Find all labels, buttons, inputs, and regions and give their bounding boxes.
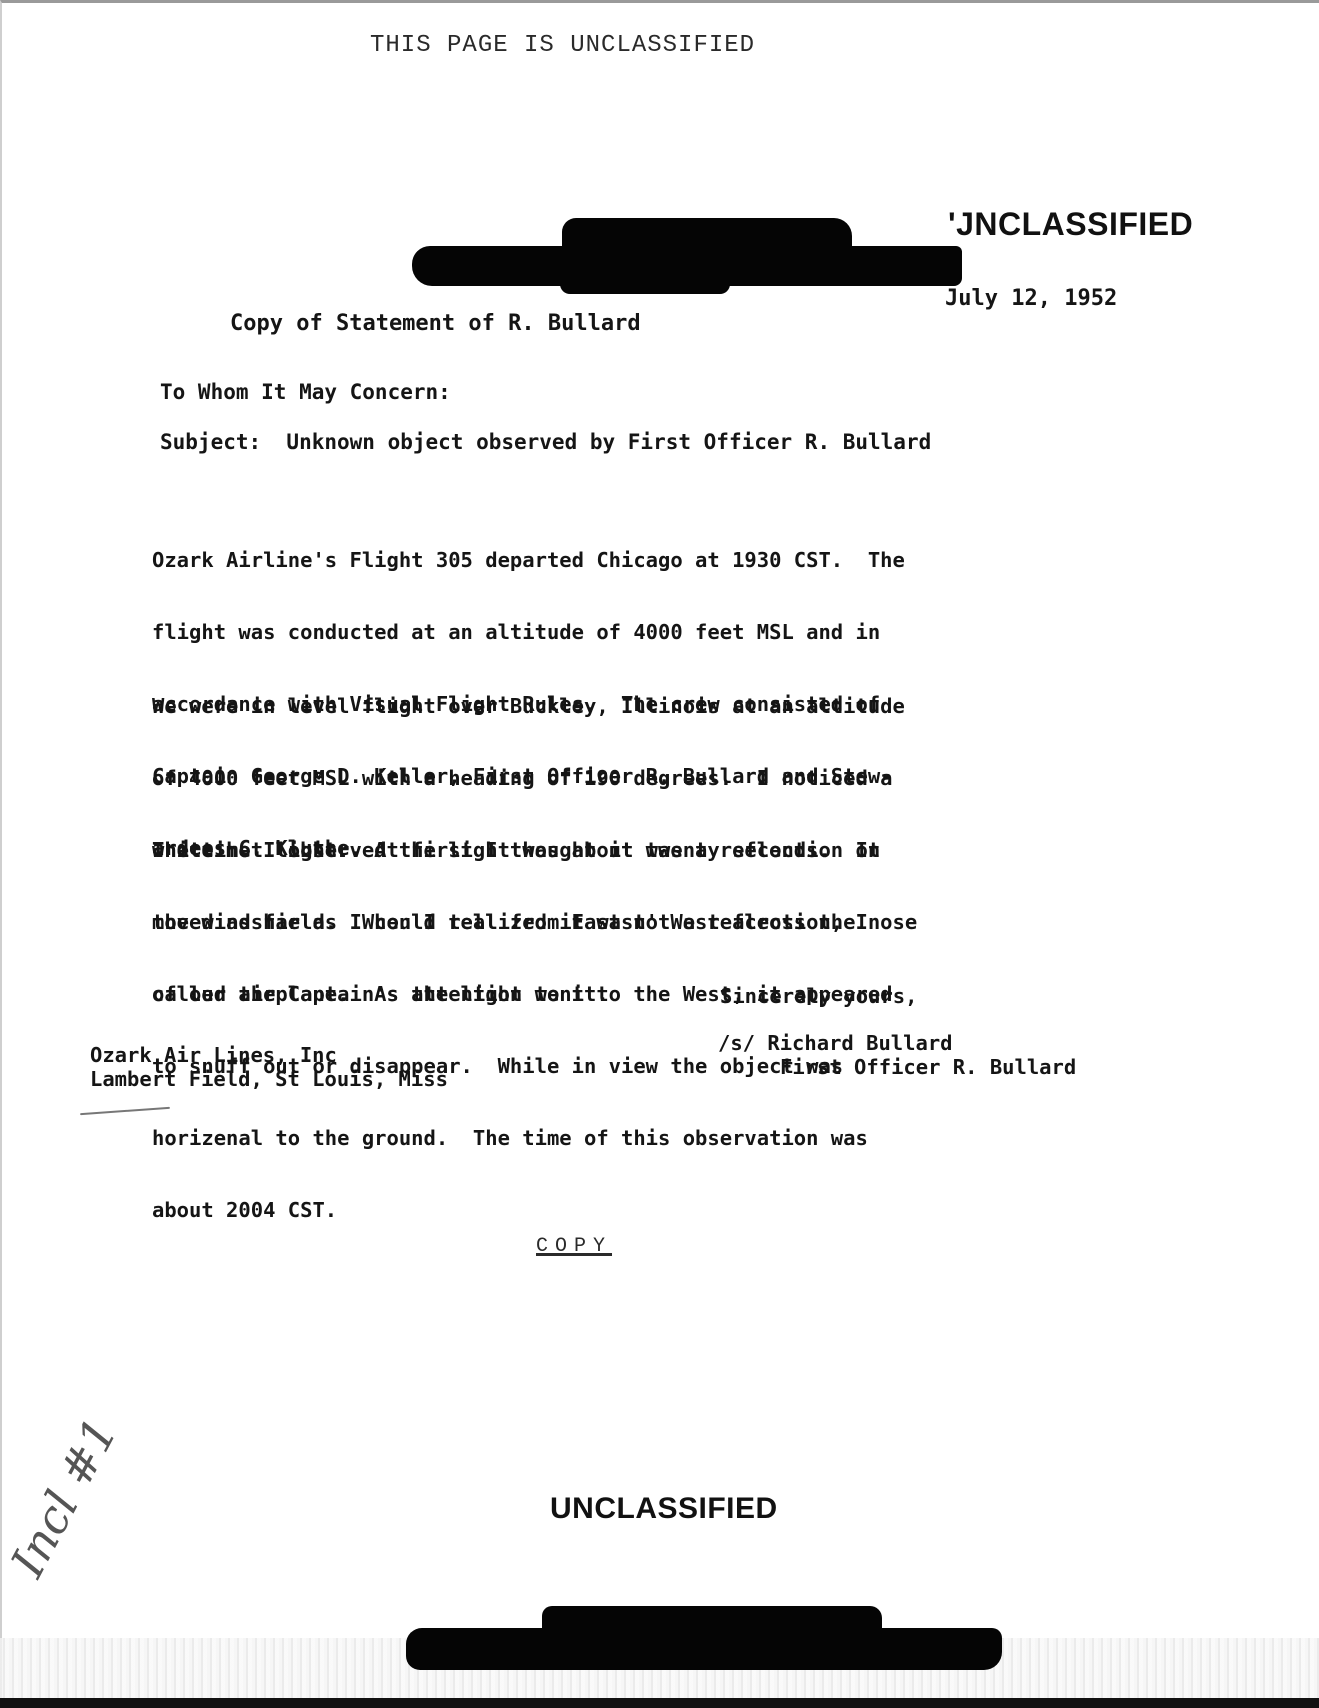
closing: Sincerely yours,: [720, 984, 917, 1008]
paragraph-line: about 2004 CST.: [152, 1198, 917, 1222]
page-bottom-edge: [0, 1698, 1319, 1708]
classification-stamp-top: 'JNCLASSIFIED: [948, 206, 1193, 243]
salutation: To Whom It May Concern:: [160, 380, 451, 404]
paragraph-line: We were in level flight over Buckley, Il…: [152, 694, 905, 718]
signature-title: First Officer R. Bullard: [780, 1055, 1076, 1079]
paragraph-line: horizenal to the ground. The time of thi…: [152, 1126, 917, 1150]
paragraph-line: Ozark Airline's Flight 305 departed Chic…: [152, 548, 905, 572]
sender-address: Lambert Field, St Louis, Miss: [90, 1067, 448, 1091]
paragraph-line: moved as far as I could tell from East t…: [152, 910, 917, 934]
subject-line: Subject: Unknown object observed by Firs…: [160, 430, 931, 454]
copy-mark: COPY: [536, 1235, 612, 1258]
signature: /s/ Richard Bullard: [718, 1031, 953, 1055]
classification-stamp-bottom: UNCLASSIFIED: [550, 1492, 778, 1526]
paragraph-line: The time I observed the light was about …: [152, 838, 917, 862]
paragraph-observation: The time I observed the light was about …: [152, 790, 917, 1246]
document-title: Copy of Statement of R. Bullard: [230, 311, 641, 336]
paragraph-line: of 4000 feet MSL with a heading of 190 d…: [152, 766, 905, 790]
classification-banner: THIS PAGE IS UNCLASSIFIED: [370, 32, 755, 59]
document-date: July 12, 1952: [945, 286, 1117, 311]
paragraph-line: flight was conducted at an altitude of 4…: [152, 620, 905, 644]
sender-company: Ozark Air Lines, Inc: [90, 1043, 337, 1067]
